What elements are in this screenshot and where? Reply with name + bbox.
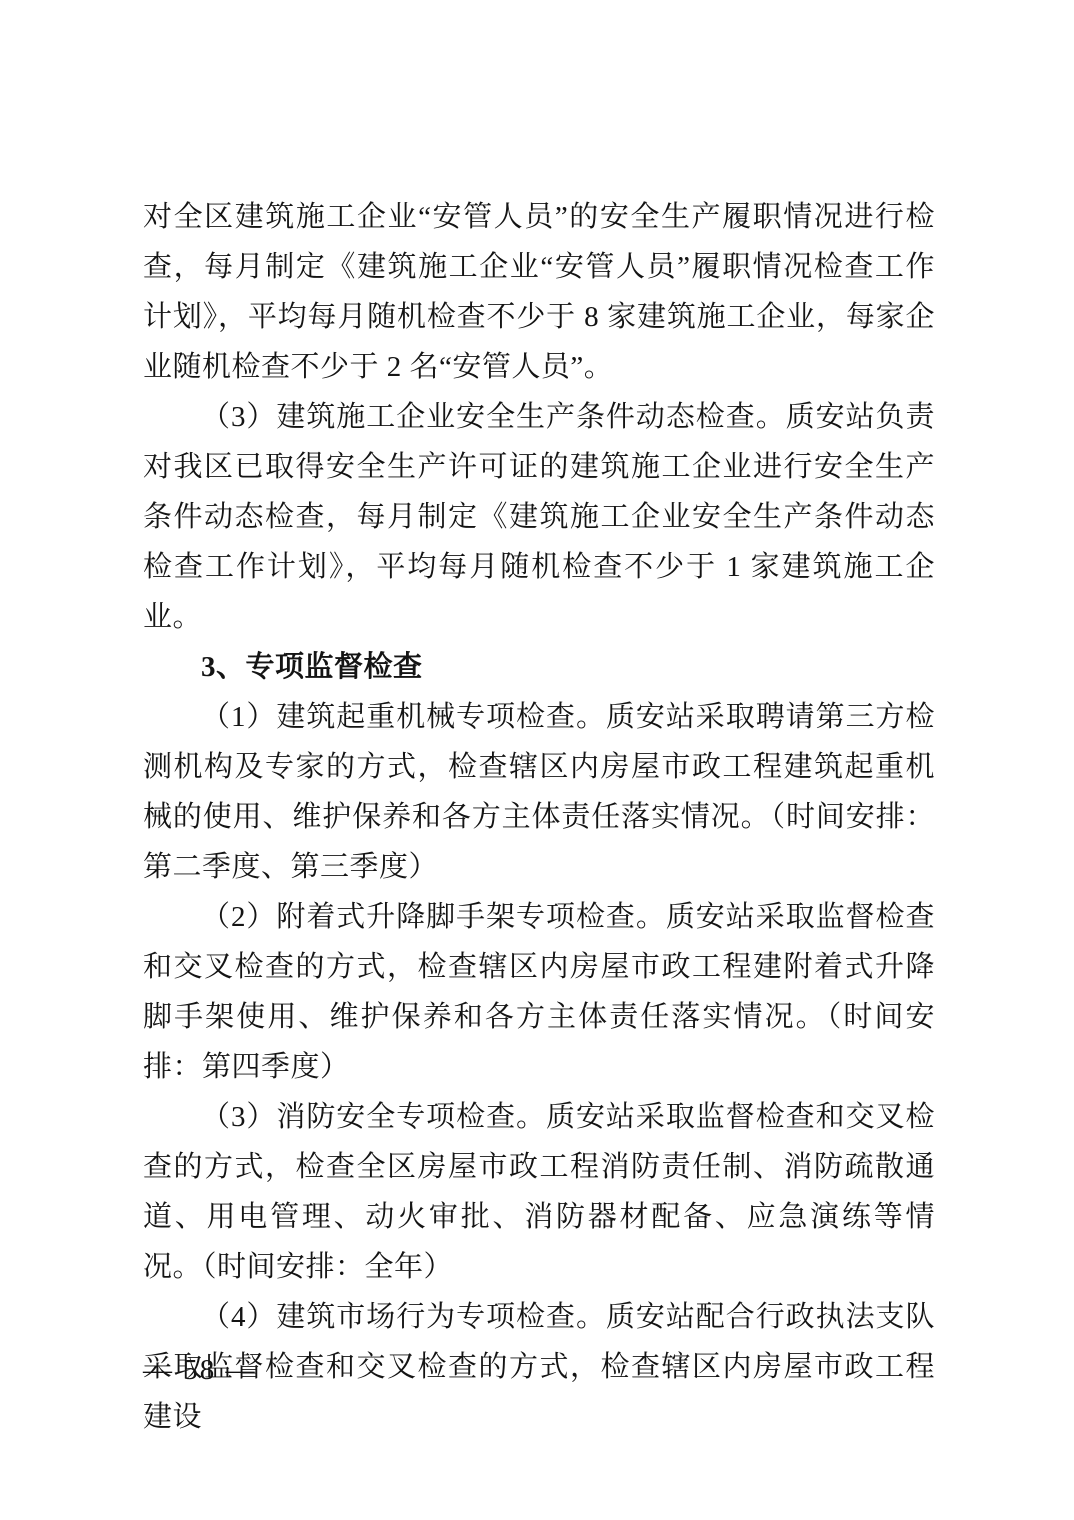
paragraph: （3）消防安全专项检查。质安站采取监督检查和交叉检查的方式，检查全区房屋市政工程… <box>143 1092 935 1292</box>
section-heading: 3、专项监督检查 <box>143 642 935 692</box>
page-number: — 58 — <box>143 1348 257 1392</box>
document-page: 对全区建筑施工企业“安管人员”的安全生产履职情况进行检查，每月制定《建筑施工企业… <box>0 0 1074 1520</box>
paragraph: 对全区建筑施工企业“安管人员”的安全生产履职情况进行检查，每月制定《建筑施工企业… <box>143 192 935 392</box>
paragraph: （4）建筑市场行为专项检查。质安站配合行政执法支队采取监督检查和交叉检查的方式，… <box>143 1292 935 1442</box>
paragraph: （2）附着式升降脚手架专项检查。质安站采取监督检查和交叉检查的方式，检查辖区内房… <box>143 892 935 1092</box>
paragraph: （1）建筑起重机械专项检查。质安站采取聘请第三方检测机构及专家的方式，检查辖区内… <box>143 692 935 892</box>
paragraph: （3）建筑施工企业安全生产条件动态检查。质安站负责对我区已取得安全生产许可证的建… <box>143 392 935 642</box>
document-body: 对全区建筑施工企业“安管人员”的安全生产履职情况进行检查，每月制定《建筑施工企业… <box>143 192 935 1442</box>
